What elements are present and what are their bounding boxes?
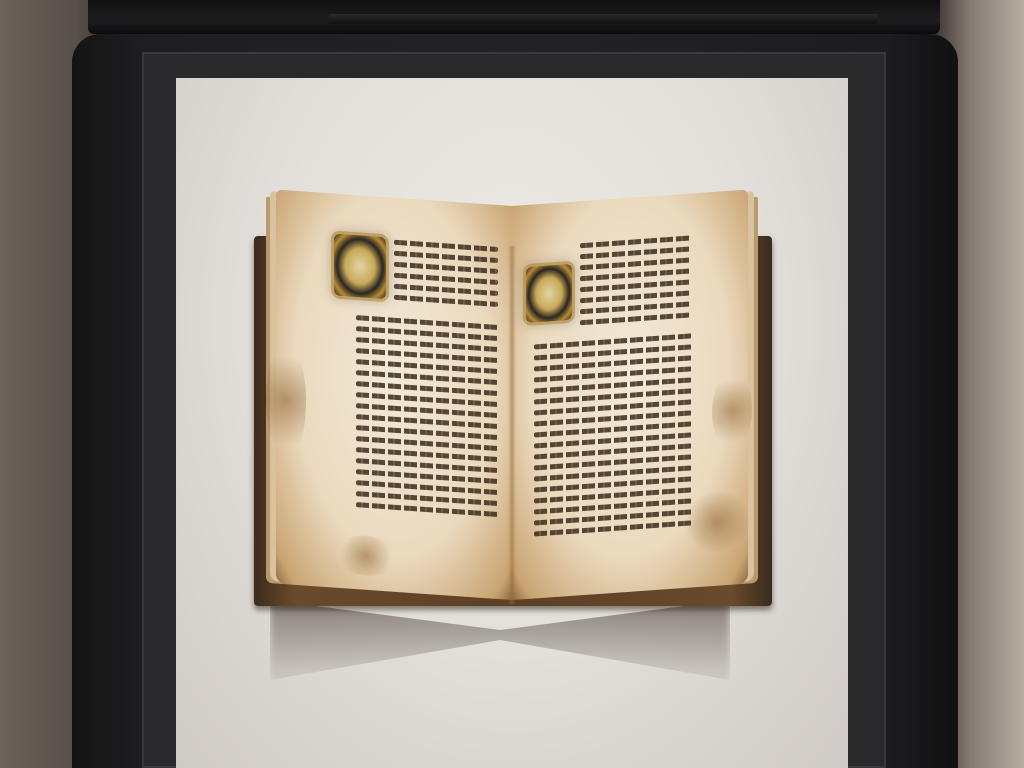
stain [266,339,306,462]
right-page [512,189,748,600]
book-gutter [508,246,516,604]
illuminated-initial-right [526,264,572,323]
text-line [394,240,498,252]
stain [336,534,396,578]
scanner-lid [88,0,940,34]
text-column-left [394,240,498,307]
stain [712,369,752,452]
text-line [394,273,498,285]
left-page [276,189,512,600]
text-line [580,301,692,314]
text-line [580,290,692,303]
text-line [580,268,692,281]
text-line [394,284,498,296]
text-line [580,257,692,270]
stain [682,489,752,554]
text-line [394,295,498,307]
text-column-left-lower [356,315,498,517]
text-line [394,262,498,274]
text-line [580,312,692,325]
text-line [394,251,498,263]
text-line [580,246,692,259]
text-line [580,279,692,292]
text-line [580,235,692,248]
scanner-lid-hinge [328,14,878,24]
text-column-right-lower [534,333,692,536]
text-column-right [580,235,692,325]
illuminated-initial-left [334,234,386,300]
